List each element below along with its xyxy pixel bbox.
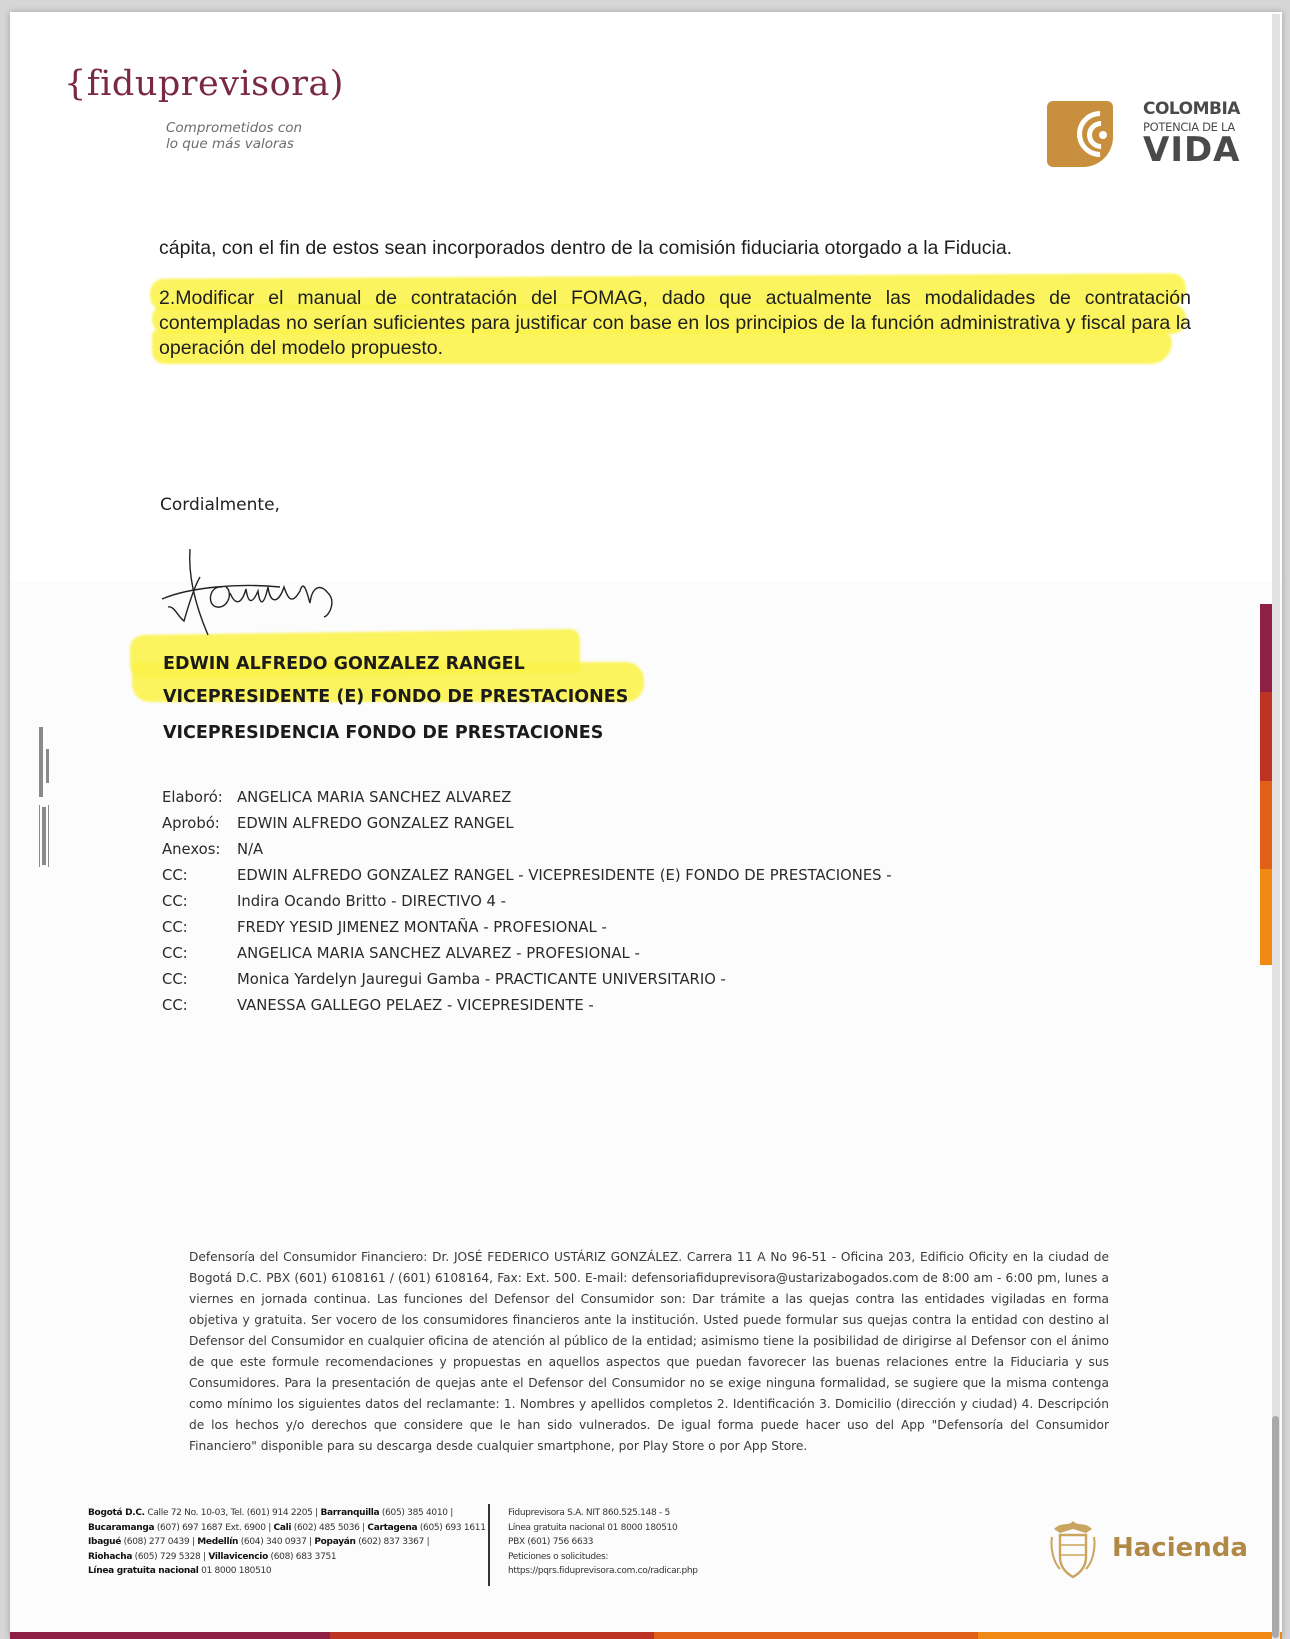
- hacienda-wordmark: Hacienda: [1112, 1533, 1248, 1563]
- tagline-line-2: lo que más valoras: [166, 136, 326, 152]
- metadata-row: Anexos:N/A: [162, 837, 892, 863]
- handwritten-signature: [160, 547, 370, 637]
- cc-row: CC:FREDY YESID JIMENEZ MONTAÑA - PROFESI…: [162, 915, 892, 941]
- signer-role: VICEPRESIDENTE (E) FONDO DE PRESTACIONES: [163, 687, 628, 707]
- metadata-row: Aprobó:EDWIN ALFREDO GONZALEZ RANGEL: [162, 811, 892, 837]
- cc-row: CC:Monica Yardelyn Jauregui Gamba - PRAC…: [162, 967, 892, 993]
- signer-name: EDWIN ALFREDO GONZALEZ RANGEL: [163, 654, 525, 674]
- document-metadata: Elaboró:ANGELICA MARIA SANCHEZ ALVAREZ A…: [162, 785, 892, 1019]
- cc-row: CC:ANGELICA MARIA SANCHEZ ALVAREZ - PROF…: [162, 941, 892, 967]
- footer-offices: Bogotá D.C. Calle 72 No. 10-03, Tel. (60…: [88, 1506, 480, 1579]
- cc-row: CC:EDWIN ALFREDO GONZALEZ RANGEL - VICEP…: [162, 863, 892, 889]
- pqrs-link[interactable]: https://pqrs.fiduprevisora.com.co/radica…: [508, 1564, 698, 1579]
- fiduprevisora-logo: {fiduprevisora) Comprometidos con lo que…: [64, 64, 344, 104]
- paragraph-2-highlighted: 2.Modificar el manual de contratación de…: [159, 286, 1191, 361]
- colombia-line-1: COLOMBIA: [1143, 99, 1241, 119]
- paragraph-1: cápita, con el fin de estos sean incorpo…: [159, 236, 1191, 261]
- colombia-logo-text: COLOMBIA POTENCIA DE LA VIDA: [1143, 99, 1241, 166]
- brand-stripe-segment: [978, 1632, 1282, 1639]
- vigilado-stamp-icon: [37, 727, 53, 872]
- metadata-row: Elaboró:ANGELICA MARIA SANCHEZ ALVAREZ: [162, 785, 892, 811]
- colombia-signal-icon: [1047, 101, 1113, 167]
- fiduprevisora-wordmark: {fiduprevisora): [64, 64, 344, 104]
- coat-of-arms-icon: [1050, 1519, 1096, 1579]
- fiduprevisora-tagline: Comprometidos con lo que más valoras: [166, 120, 326, 152]
- scrollbar-thumb[interactable]: [1272, 1416, 1279, 1638]
- footer-divider: [488, 1504, 490, 1586]
- tagline-line-1: Comprometidos con: [166, 120, 326, 136]
- footer-company-info: Fiduprevisora S.A. NIT 860.525.148 - 5 L…: [508, 1506, 698, 1579]
- colombia-potencia-logo: COLOMBIA POTENCIA DE LA VIDA: [1047, 89, 1247, 167]
- brand-stripe-segment: [654, 1632, 978, 1639]
- brand-stripe-segment: [330, 1632, 654, 1639]
- cc-row: CC:VANESSA GALLEGO PELAEZ - VICEPRESIDEN…: [162, 993, 892, 1019]
- colombia-line-3: VIDA: [1143, 134, 1241, 166]
- consumer-defense-disclaimer: Defensoría del Consumidor Financiero: Dr…: [189, 1247, 1109, 1457]
- signer-department: VICEPRESIDENCIA FONDO DE PRESTACIONES: [163, 723, 603, 743]
- closing-salutation: Cordialmente,: [160, 495, 280, 515]
- cc-row: CC:Indira Ocando Britto - DIRECTIVO 4 -: [162, 889, 892, 915]
- scrollbar-track[interactable]: [1272, 14, 1280, 1639]
- brand-stripe-segment: [10, 1632, 330, 1639]
- document-page: {fiduprevisora) Comprometidos con lo que…: [10, 12, 1282, 1639]
